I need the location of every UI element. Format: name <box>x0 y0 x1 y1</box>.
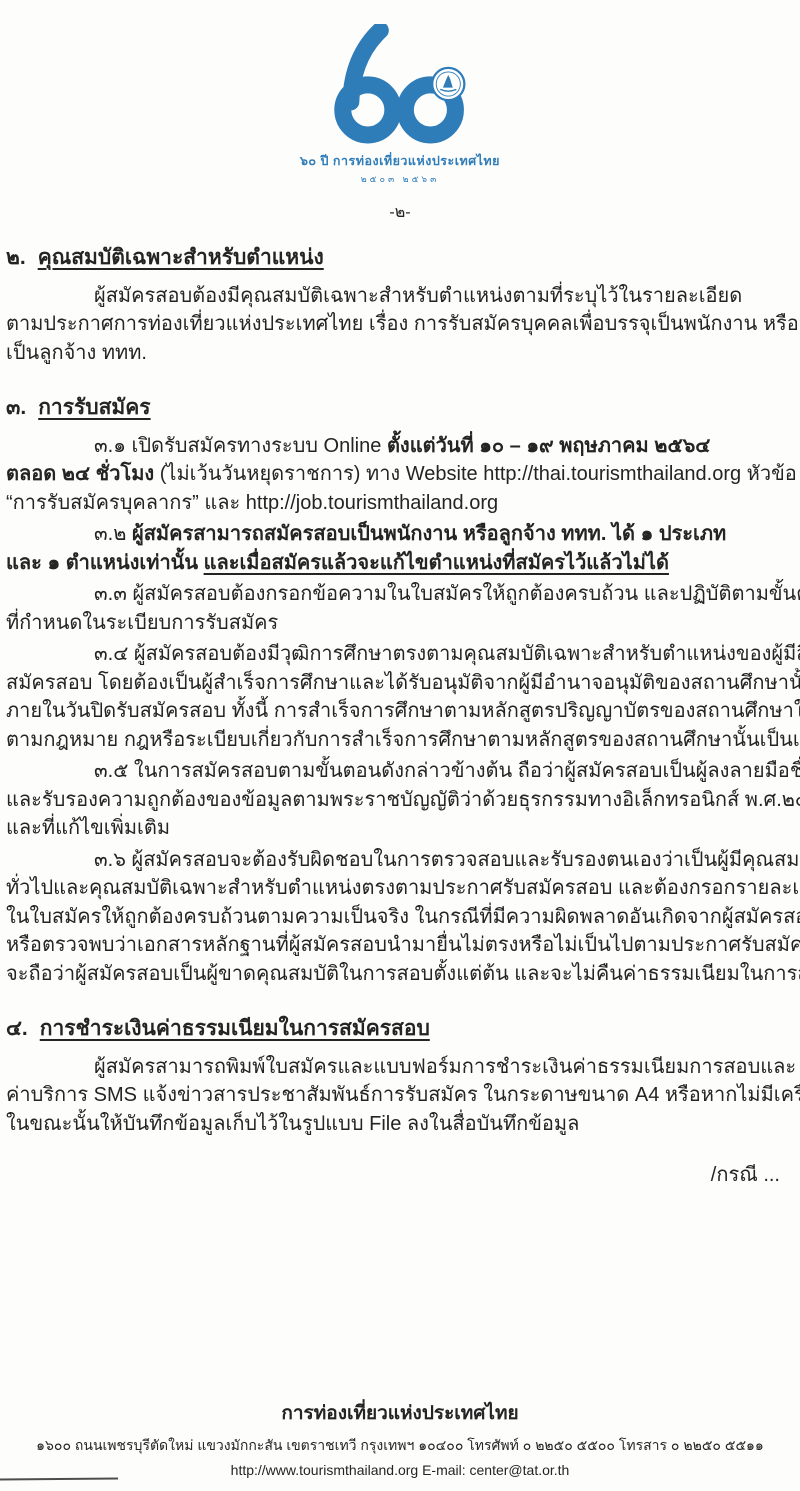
text-segment: ตามกฎหมาย กฎหรือระเบียบเกี่ยวกับการสำเร็… <box>6 729 800 751</box>
section-number: ๒. <box>6 246 26 269</box>
text-segment: ผู้สมัครสามารถพิมพ์ใบสมัครและแบบฟอร์มการ… <box>94 1056 796 1078</box>
section-number: ๓. <box>6 396 26 419</box>
text-segment: ๓.๔ ผู้สมัครสอบต้องมีวุฒิการศึกษาตรงตามค… <box>94 643 800 665</box>
text-segment: ๓.๑ เปิดรับสมัครทางระบบ Online <box>94 435 387 457</box>
item-3-6: ๓.๖ ผู้สมัครสอบจะต้องรับผิดชอบในการตรวจส… <box>6 846 788 989</box>
text-segment: ทั่วไปและคุณสมบัติเฉพาะสำหรับตำแหน่งตรงต… <box>6 877 800 899</box>
text-line: ๓.๕ ในการสมัครสอบตามขั้นตอนดังกล่าวข้างต… <box>6 757 788 786</box>
document-body: ๒.คุณสมบัติเฉพาะสำหรับตำแหน่งผู้สมัครสอบ… <box>0 244 800 1138</box>
text-segment: ในใบสมัครให้ถูกต้องครบถ้วนตามความเป็นจริ… <box>6 906 800 928</box>
item-3-1: ๓.๑ เปิดรับสมัครทางระบบ Online ตั้งแต่วั… <box>6 432 788 518</box>
text-segment: ผู้สมัครสามารถสมัครสอบเป็นพนักงาน หรือลู… <box>132 523 726 545</box>
text-line: ที่กำหนดในระเบียบการรับสมัคร <box>6 609 788 638</box>
continuation-marker: /กรณี ... <box>0 1158 800 1190</box>
text-line: ๓.๔ ผู้สมัครสอบต้องมีวุฒิการศึกษาตรงตามค… <box>6 640 788 669</box>
text-segment: (ไม่เว้นวันหยุดราชการ) ทาง Website http:… <box>160 463 797 485</box>
section-4-body: ผู้สมัครสามารถพิมพ์ใบสมัครและแบบฟอร์มการ… <box>6 1053 788 1139</box>
text-line: ตามประกาศการท่องเที่ยวแห่งประเทศไทย เรื่… <box>6 310 788 339</box>
footer-org-name: การท่องเที่ยวแห่งประเทศไทย <box>0 1398 800 1428</box>
text-segment: ๓.๒ <box>94 523 132 545</box>
text-line: ภายในวันปิดรับสมัครสอบ ทั้งนี้ การสำเร็จ… <box>6 697 788 726</box>
text-line: สมัครสอบ โดยต้องเป็นผู้สำเร็จการศึกษาและ… <box>6 669 788 698</box>
section-title: คุณสมบัติเฉพาะสำหรับตำแหน่ง <box>38 246 324 269</box>
text-segment: ตั้งแต่วันที่ ๑๐ – ๑๙ พฤษภาคม ๒๕๖๔ <box>387 435 710 457</box>
section-title: การรับสมัคร <box>38 396 150 419</box>
tat-60-logo-icon <box>324 24 476 144</box>
text-line: และรับรองความถูกต้องของข้อมูลตามพระราชบั… <box>6 786 788 815</box>
text-segment: ตามประกาศการท่องเที่ยวแห่งประเทศไทย เรื่… <box>6 313 800 335</box>
text-line: หรือตรวจพบว่าเอกสารหลักฐานที่ผู้สมัครสอบ… <box>6 931 788 960</box>
text-line: ๓.๒ ผู้สมัครสามารถสมัครสอบเป็นพนักงาน หร… <box>6 520 788 549</box>
text-segment: ผู้สมัครสอบต้องมีคุณสมบัติเฉพาะสำหรับตำแ… <box>94 285 742 307</box>
logo-caption: ๖๐ ปี การท่องเที่ยวแห่งประเทศไทย <box>0 151 800 171</box>
section-number: ๔. <box>6 1017 28 1040</box>
text-segment: จะถือว่าผู้สมัครสอบเป็นผู้ขาดคุณสมบัติใน… <box>6 963 800 985</box>
text-segment: ที่กำหนดในระเบียบการรับสมัคร <box>6 612 278 634</box>
text-segment: และที่แก้ไขเพิ่มเติม <box>6 817 170 839</box>
text-line: ๓.๓ ผู้สมัครสอบต้องกรอกข้อความในใบสมัครใ… <box>6 580 788 609</box>
text-segment: ค่าบริการ SMS แจ้งข่าวสารประชาสัมพันธ์กา… <box>6 1084 800 1106</box>
text-segment: หรือตรวจพบว่าเอกสารหลักฐานที่ผู้สมัครสอบ… <box>6 934 800 956</box>
item-3-2: ๓.๒ ผู้สมัครสามารถสมัครสอบเป็นพนักงาน หร… <box>6 520 788 577</box>
text-line: ในขณะนั้นให้บันทึกข้อมูลเก็บไว้ในรูปแบบ … <box>6 1110 788 1139</box>
section-3-heading: ๓.การรับสมัคร <box>6 394 788 423</box>
text-line: ค่าบริการ SMS แจ้งข่าวสารประชาสัมพันธ์กา… <box>6 1081 788 1110</box>
section-2-heading: ๒.คุณสมบัติเฉพาะสำหรับตำแหน่ง <box>6 244 788 273</box>
text-line: และ ๑ ตำแหน่งเท่านั้น และเมื่อสมัครแล้วจ… <box>6 549 788 578</box>
tat-seal-icon <box>432 68 464 100</box>
text-segment: และ ๑ ตำแหน่งเท่านั้น <box>6 552 204 574</box>
text-line: ตลอด ๒๔ ชั่วโมง (ไม่เว้นวันหยุดราชการ) ท… <box>6 460 788 489</box>
text-segment: สมัครสอบ โดยต้องเป็นผู้สำเร็จการศึกษาและ… <box>6 672 800 694</box>
page-number: -๒- <box>0 200 800 225</box>
item-3-3: ๓.๓ ผู้สมัครสอบต้องกรอกข้อความในใบสมัครใ… <box>6 580 788 637</box>
footer-website-email: http://www.tourismthailand.org E-mail: c… <box>0 1462 800 1478</box>
text-segment: ในขณะนั้นให้บันทึกข้อมูลเก็บไว้ในรูปแบบ … <box>6 1113 579 1135</box>
section-4-heading: ๔.การชำระเงินค่าธรรมเนียมในการสมัครสอบ <box>6 1015 788 1044</box>
text-segment: ๓.๓ ผู้สมัครสอบต้องกรอกข้อความในใบสมัครใ… <box>94 583 800 605</box>
text-line: และที่แก้ไขเพิ่มเติม <box>6 814 788 843</box>
text-line: ในใบสมัครให้ถูกต้องครบถ้วนตามความเป็นจริ… <box>6 903 788 932</box>
text-segment: ๓.๖ ผู้สมัครสอบจะต้องรับผิดชอบในการตรวจส… <box>94 849 800 871</box>
text-line: จะถือว่าผู้สมัครสอบเป็นผู้ขาดคุณสมบัติใน… <box>6 960 788 989</box>
text-line: ทั่วไปและคุณสมบัติเฉพาะสำหรับตำแหน่งตรงต… <box>6 874 788 903</box>
text-line: ตามกฎหมาย กฎหรือระเบียบเกี่ยวกับการสำเร็… <box>6 726 788 755</box>
section-title: การชำระเงินค่าธรรมเนียมในการสมัครสอบ <box>40 1017 430 1040</box>
text-line: เป็นลูกจ้าง ททท. <box>6 339 788 368</box>
text-line: ผู้สมัครสอบต้องมีคุณสมบัติเฉพาะสำหรับตำแ… <box>6 282 788 311</box>
logo-caption-years: ๒๕๐๓ ๒๕๖๓ <box>0 172 800 186</box>
text-line: ๓.๑ เปิดรับสมัครทางระบบ Online ตั้งแต่วั… <box>6 432 788 461</box>
text-segment: ตลอด ๒๔ ชั่วโมง <box>6 463 160 485</box>
item-3-5: ๓.๕ ในการสมัครสอบตามขั้นตอนดังกล่าวข้างต… <box>6 757 788 843</box>
text-segment: และรับรองความถูกต้องของข้อมูลตามพระราชบั… <box>6 789 800 811</box>
text-segment: และเมื่อสมัครแล้วจะแก้ไขตำแหน่งที่สมัครไ… <box>204 552 669 574</box>
text-segment: ภายในวันปิดรับสมัครสอบ ทั้งนี้ การสำเร็จ… <box>6 700 800 722</box>
scan-artifact-line <box>0 1477 118 1480</box>
logo-block: ๖๐ ปี การท่องเที่ยวแห่งประเทศไทย ๒๕๐๓ ๒๕… <box>0 0 800 186</box>
text-line: ๓.๖ ผู้สมัครสอบจะต้องรับผิดชอบในการตรวจส… <box>6 846 788 875</box>
text-line: “การรับสมัครบุคลากร” และ http://job.tour… <box>6 489 788 518</box>
document-footer: การท่องเที่ยวแห่งประเทศไทย ๑๖๐๐ ถนนเพชรบ… <box>0 1398 800 1478</box>
footer-address: ๑๖๐๐ ถนนเพชรบุรีตัดใหม่ แขวงมักกะสัน เขต… <box>0 1435 800 1457</box>
item-3-4: ๓.๔ ผู้สมัครสอบต้องมีวุฒิการศึกษาตรงตามค… <box>6 640 788 754</box>
section-2-body: ผู้สมัครสอบต้องมีคุณสมบัติเฉพาะสำหรับตำแ… <box>6 282 788 368</box>
text-segment: ๓.๕ ในการสมัครสอบตามขั้นตอนดังกล่าวข้างต… <box>94 760 800 782</box>
text-segment: “การรับสมัครบุคลากร” และ http://job.tour… <box>6 492 498 514</box>
text-line: ผู้สมัครสามารถพิมพ์ใบสมัครและแบบฟอร์มการ… <box>6 1053 788 1082</box>
text-segment: เป็นลูกจ้าง ททท. <box>6 342 147 364</box>
scanned-document-page: ๖๐ ปี การท่องเที่ยวแห่งประเทศไทย ๒๕๐๓ ๒๕… <box>0 0 800 1491</box>
